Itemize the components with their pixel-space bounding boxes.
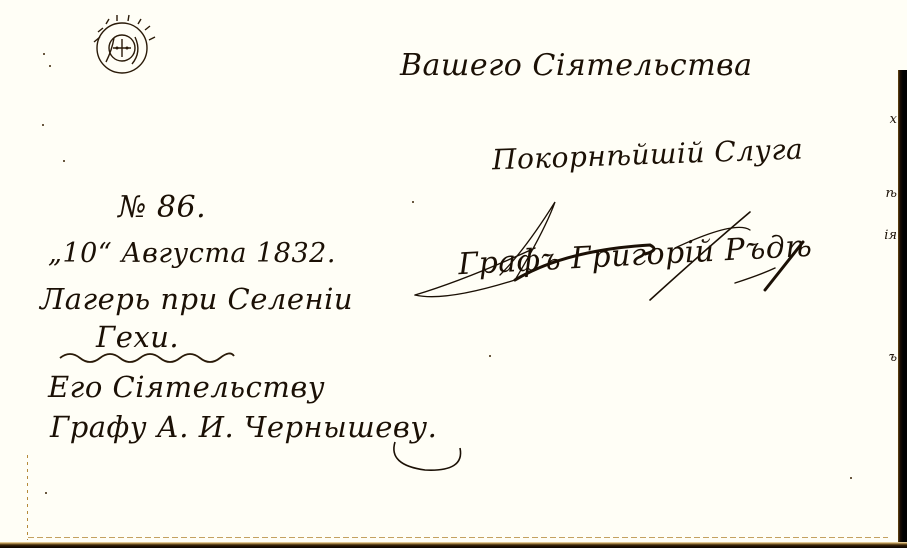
seal-stamp-icon — [84, 12, 160, 76]
addressee-flourish — [390, 440, 480, 475]
date: „10“ Августа 1832. — [48, 238, 336, 269]
page-fold-line — [27, 455, 28, 540]
margin-fragment: ѣ — [886, 186, 897, 201]
wavy-divider — [58, 348, 238, 368]
page-bottom-rule — [28, 537, 888, 538]
margin-fragment: iя — [884, 228, 897, 243]
closing-salutation: Вашего Сiятельства — [400, 48, 753, 83]
addressee-line-2: Графу А. И. Чернышеву. — [50, 410, 437, 444]
place-line-1: Лагерь при Селенiи — [40, 282, 353, 316]
margin-fragment: х — [890, 112, 897, 127]
scan-edge-shadow-bottom — [0, 542, 907, 548]
signature-flourish — [405, 190, 825, 320]
addressee-line-1: Его Сiятельству — [48, 370, 325, 404]
document-number: № 86. — [118, 190, 206, 225]
margin-fragment: ъ — [888, 350, 897, 365]
document-page: Вашего Сiятельства Покорнѣйшiй Слуга Гра… — [0, 0, 907, 548]
scan-edge-shadow-right — [898, 70, 907, 548]
closing-line: Покорнѣйшiй Слуга — [492, 133, 804, 177]
